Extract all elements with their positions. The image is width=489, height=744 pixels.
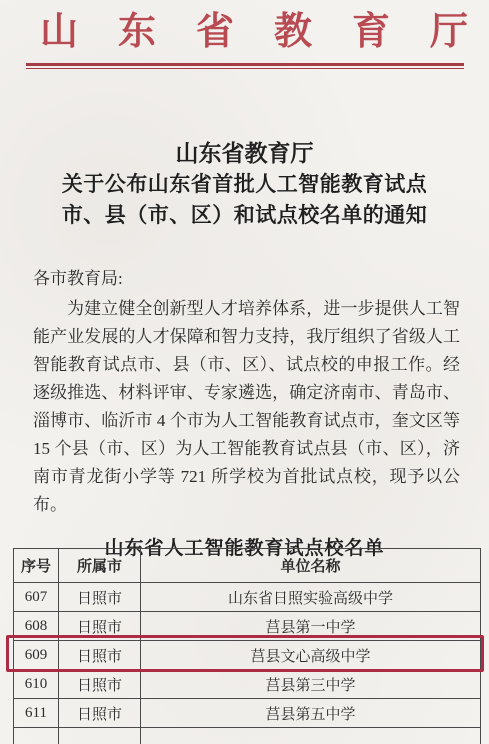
table-row-607: 607 日照市 山东省日照实验高级中学 [14,583,481,612]
cell-serial: 611 [14,699,59,728]
cell-city: 日照市 [59,641,141,670]
pilot-school-table: 序号 所属市 单位名称 607 日照市 山东省日照实验高级中学 608 日照市 … [13,548,481,744]
cell-city: 日照市 [59,583,141,612]
cell-city: 日照市 [59,670,141,699]
table-row-610: 610 日照市 莒县第三中学 [14,670,481,699]
document-page: 山东省教育厅 山东省教育厅 关于公布山东省首批人工智能教育试点 市、县（市、区）… [0,0,489,744]
table-row-partial [14,728,481,744]
body-paragraph: 为建立健全创新型人才培养体系，进一步提供人工智能产业发展的人才保障和智力支持，我… [33,295,460,519]
column-header-serial: 序号 [14,549,59,583]
cell-unit-name: 莒县第五中学 [141,699,481,728]
cell-city: 日照市 [59,612,141,641]
cell-city: 日照市 [59,699,141,728]
column-header-unit-name: 单位名称 [141,549,481,583]
table-row-608: 608 日照市 莒县第一中学 [14,612,481,641]
cell-unit-name: 莒县第三中学 [141,670,481,699]
letterhead-agency-title: 山东省教育厅 [0,5,489,57]
cell-unit-name [141,728,481,744]
cell-unit-name: 山东省日照实验高级中学 [141,583,481,612]
cell-city [59,728,141,744]
cell-unit-name: 莒县第一中学 [141,612,481,641]
document-title-line2: 关于公布山东省首批人工智能教育试点 [0,169,489,200]
salutation: 各市教育局: [33,267,460,291]
document-title-line1: 山东省教育厅 [0,139,489,169]
cell-serial: 607 [14,583,59,612]
cell-serial: 608 [14,612,59,641]
letterhead-double-rule [26,63,464,69]
table-header-row: 序号 所属市 单位名称 [14,549,481,583]
cell-unit-name: 莒县文心高级中学 [141,641,481,670]
cell-serial: 610 [14,670,59,699]
cell-serial: 609 [14,641,59,670]
document-title-line3: 市、县（市、区）和试点校名单的通知 [0,200,489,231]
table-row-609-highlighted: 609 日照市 莒县文心高级中学 [14,641,481,670]
table-row-611: 611 日照市 莒县第五中学 [14,699,481,728]
document-title: 山东省教育厅 关于公布山东省首批人工智能教育试点 市、县（市、区）和试点校名单的… [0,139,489,231]
cell-serial [14,728,59,744]
column-header-city: 所属市 [59,549,141,583]
